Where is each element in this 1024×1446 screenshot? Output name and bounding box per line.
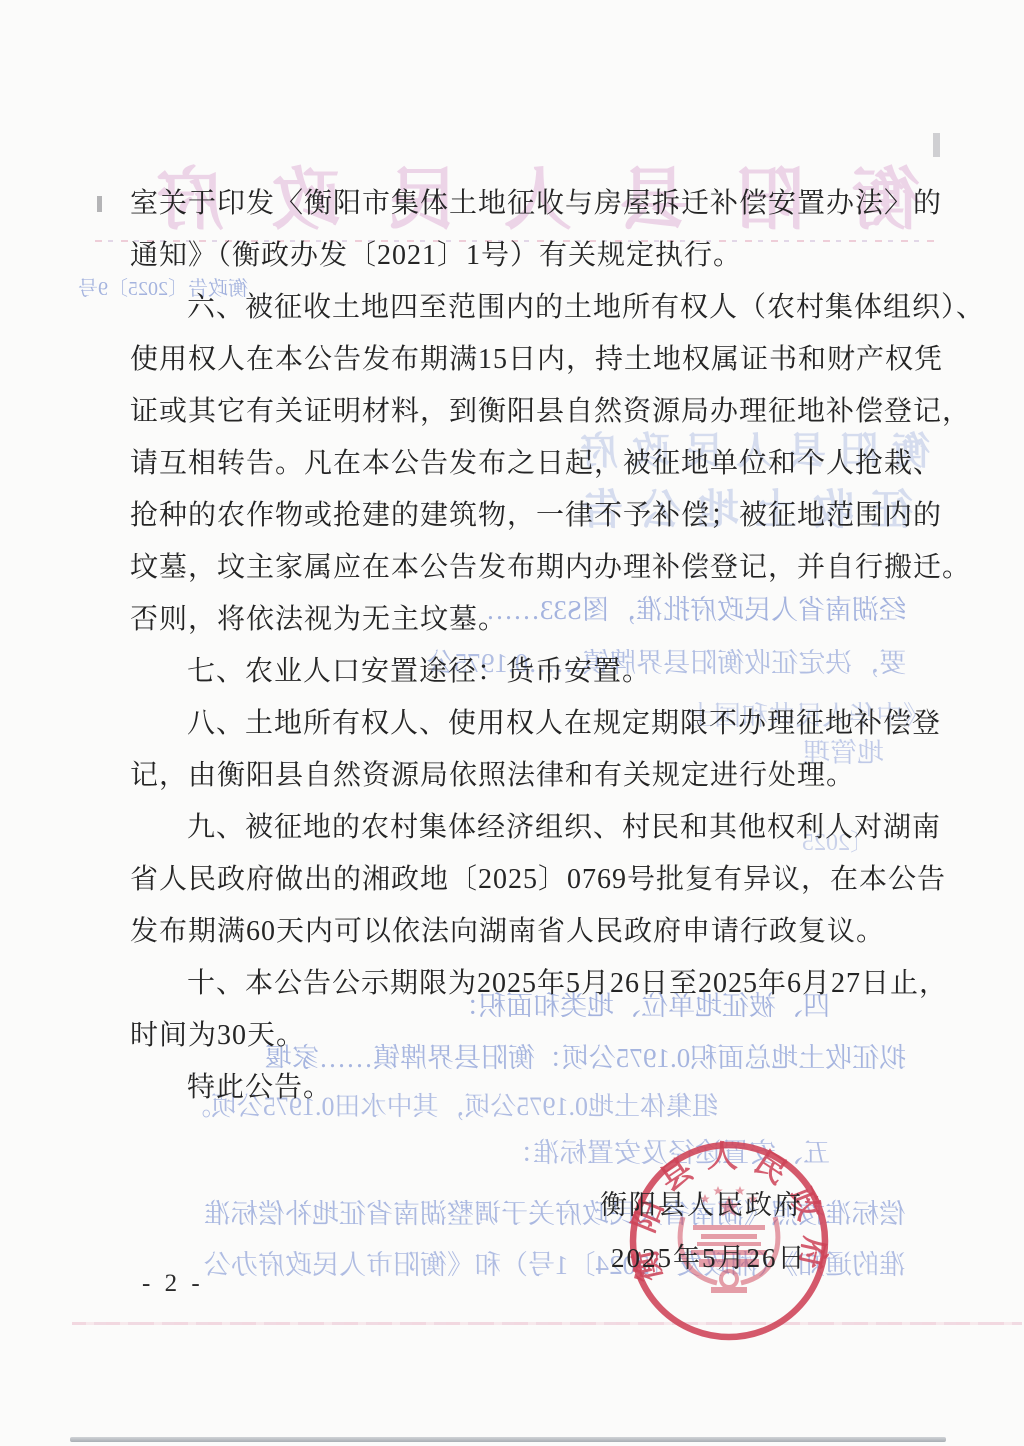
- body-line: 发布期满60天内可以依法向湖南省人民政府申请行政复议。: [130, 906, 932, 958]
- scan-bottom-edge: [70, 1437, 946, 1442]
- body-line: 特此公告。: [130, 1062, 932, 1114]
- body-line: 省人民政府做出的湘政地〔2025〕0769号批复有异议，在本公告: [130, 854, 932, 906]
- body-line: 记，由衡阳县自然资源局依照法律和有关规定进行处理。: [130, 750, 932, 802]
- body-line: 十、本公告公示期限为2025年5月26日至2025年6月27日止，: [130, 958, 932, 1010]
- scanned-document-page: 衡阳县人民政府 衡政告〔2025〕9号 衡阳县人民政府 征收土地公告 经湖南省人…: [0, 0, 1024, 1446]
- page-number: - 2 -: [142, 1270, 204, 1298]
- body-line: 请互相转告。凡在本公告发布之日起，被征地单位和个人抢栽、: [130, 438, 932, 490]
- body-line: 九、被征地的农村集体经济组织、村民和其他权利人对湖南: [130, 802, 932, 854]
- signature-org: 衡阳县人民政府: [600, 1183, 803, 1222]
- body-line: 抢种的农作物或抢建的建筑物，一律不予补偿；被征地范围内的: [130, 490, 932, 542]
- scan-speck: [933, 133, 940, 157]
- scan-artifact-line: [72, 1322, 1022, 1325]
- body-line: 通知》（衡政办发〔2021〕1号）有关规定执行。: [130, 230, 932, 282]
- body-line: 否则，将依法视为无主坟墓。: [130, 594, 932, 646]
- body-line: 八、土地所有权人、使用权人在规定期限不办理征地补偿登: [130, 698, 932, 750]
- body-text: 室关于印发〈衡阳市集体土地征收与房屋拆迁补偿安置办法〉的 通知》（衡政办发〔20…: [130, 178, 932, 1114]
- body-line: 室关于印发〈衡阳市集体土地征收与房屋拆迁补偿安置办法〉的: [130, 178, 932, 230]
- body-line: 坟墓，坟主家属应在本公告发布期内办理补偿登记，并自行搬迁。: [130, 542, 932, 594]
- body-line: 证或其它有关证明材料，到衡阳县自然资源局办理征地补偿登记，: [130, 386, 932, 438]
- body-line: 七、农业人口安置途径：货币安置。: [130, 646, 932, 698]
- body-line: 时间为30天。: [130, 1010, 932, 1062]
- signature-date: 2025年5月26日: [611, 1236, 807, 1275]
- body-line: 使用权人在本公告发布期满15日内，持土地权属证书和财产权凭: [130, 334, 932, 386]
- body-line: 六、被征收土地四至范围内的土地所有权人（农村集体组织）、: [130, 282, 932, 334]
- scan-speck: [97, 196, 102, 212]
